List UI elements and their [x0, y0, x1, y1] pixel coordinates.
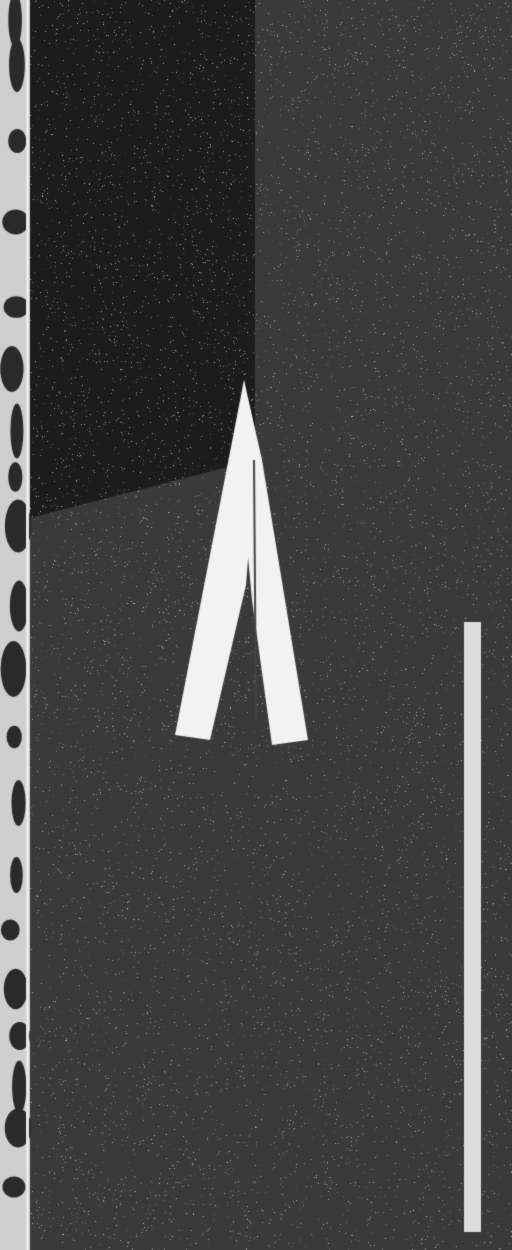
road-surface-image [0, 0, 512, 1250]
